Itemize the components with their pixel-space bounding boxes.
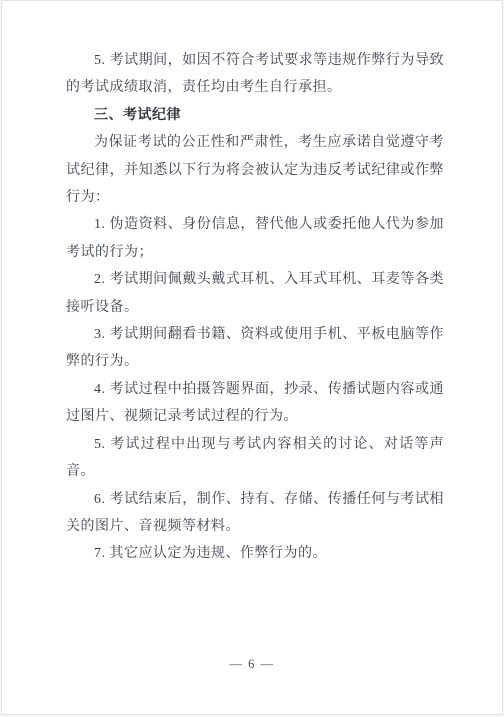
paragraph-intro: 为保证考试的公正性和严肃性，考生应承诺自觉遵守考试纪律，并知悉以下行为将会被认定… — [66, 129, 444, 211]
page-number: — 6 — — [2, 657, 502, 672]
paragraph-item-5: 5. 考试期间，如因不符合考试要求等违规作弊行为导致的考试成绩取消，责任均由考生… — [66, 47, 444, 102]
paragraph-rule-3: 3. 考试期间翻看书籍、资料或使用手机、平板电脑等作弊的行为。 — [66, 321, 444, 376]
paragraph-rule-6: 6. 考试结束后，制作、持有、存储、传播任何与考试相关的图片、音视频等材料。 — [66, 486, 444, 541]
paragraph-rule-5: 5. 考试过程中出现与考试内容相关的讨论、对话等声音。 — [66, 431, 444, 486]
section-heading-discipline: 三、考试纪律 — [66, 102, 444, 129]
document-body: 5. 考试期间，如因不符合考试要求等违规作弊行为导致的考试成绩取消，责任均由考生… — [66, 47, 444, 568]
scanned-document-page: 5. 考试期间，如因不符合考试要求等违规作弊行为导致的考试成绩取消，责任均由考生… — [1, 0, 503, 715]
paragraph-rule-7: 7. 其它应认定为违规、作弊行为的。 — [66, 540, 444, 567]
paragraph-rule-1: 1. 伪造资料、身份信息，替代他人或委托他人代为参加考试的行为； — [66, 211, 444, 266]
paragraph-rule-2: 2. 考试期间佩戴头戴式耳机、入耳式耳机、耳麦等各类接听设备。 — [66, 266, 444, 321]
paragraph-rule-4: 4. 考试过程中拍摄答题界面，抄录、传播试题内容或通过图片、视频记录考试过程的行… — [66, 376, 444, 431]
